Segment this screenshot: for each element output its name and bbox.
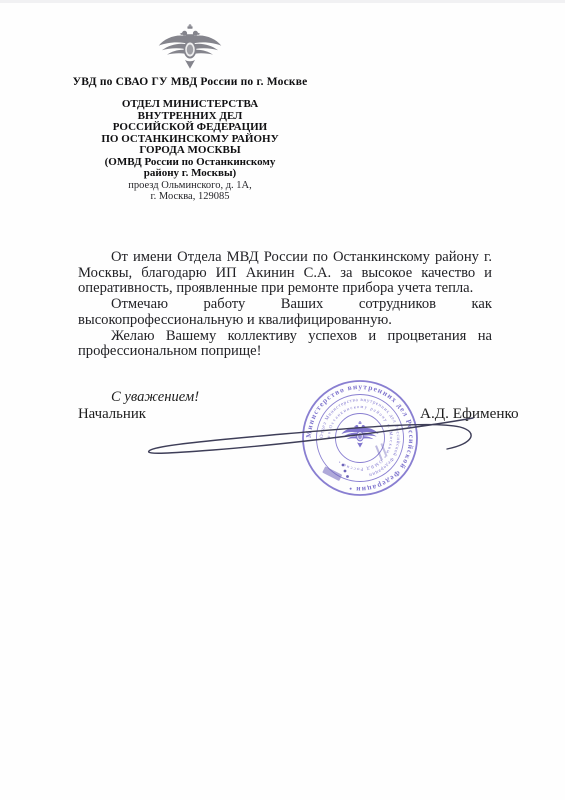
org-name-line: ГОРОДА МОСКВЫ (40, 145, 340, 157)
org-address: проезд Ольминского, д. 1А,г. Москва, 129… (40, 180, 340, 202)
mvd-eagle-emblem-icon (143, 24, 237, 70)
org-name-line: РОССИЙСКОЙ ФЕДЕРАЦИИ (40, 122, 340, 134)
letter-body: От имени Отдела МВД России по Останкинск… (78, 250, 492, 360)
scan-edge-artifact (0, 0, 565, 3)
division-name: УВД по СВАО ГУ МВД России по г. Москве (40, 76, 340, 88)
org-name-line: ОТДЕЛ МИНИСТЕРСТВА (40, 99, 340, 111)
letter-paragraph: Желаю Вашему коллективу успехов и процве… (78, 329, 492, 360)
org-name-line: району г. Москвы) (40, 168, 340, 180)
letterhead: УВД по СВАО ГУ МВД России по г. Москве О… (40, 24, 340, 202)
org-address-line: г. Москва, 129085 (40, 191, 340, 202)
handwritten-signature (128, 398, 488, 463)
letter-paragraph: От имени Отдела МВД России по Останкинск… (78, 250, 492, 297)
org-name-block: ОТДЕЛ МИНИСТЕРСТВАВНУТРЕННИХ ДЕЛРОССИЙСК… (40, 99, 340, 180)
scanned-letter-page: УВД по СВАО ГУ МВД России по г. Москве О… (0, 0, 565, 800)
letter-paragraph: Отмечаю работу Ваших сотрудников как выс… (78, 297, 492, 328)
org-address-line: проезд Ольминского, д. 1А, (40, 180, 340, 191)
